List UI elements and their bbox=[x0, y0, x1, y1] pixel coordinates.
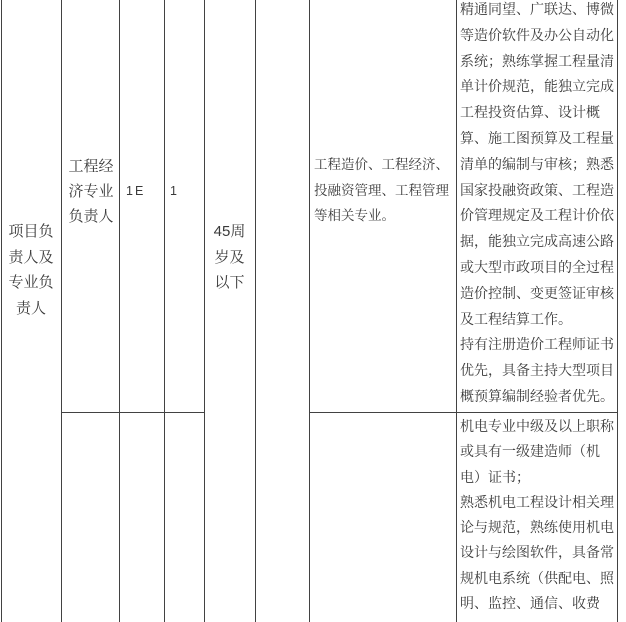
table-gridline-vertical bbox=[255, 0, 256, 622]
table-gridline-vertical bbox=[617, 0, 618, 622]
table-gridline-vertical bbox=[204, 0, 205, 622]
table-gridline-row-divider bbox=[309, 412, 618, 413]
category-cell: 项目负 责人及 专业负 责人 bbox=[4, 219, 58, 321]
table-gridline-vertical bbox=[1, 0, 2, 622]
requirements-cell-row1: 精通同望、广联达、博微等造价软件及办公自动化系统；熟练掌握工程量清单计价规范，能… bbox=[460, 0, 616, 410]
table-gridline-vertical bbox=[119, 0, 120, 622]
table-gridline-vertical bbox=[309, 0, 310, 622]
position-code-cell: 1E bbox=[126, 184, 145, 198]
requirements-paragraph: 机电专业中级及以上职称或具有一级建造师（机电）证书； bbox=[460, 414, 616, 490]
recruitment-table: 项目负 责人及 专业负 责人 工程经 济专业 负责人 1E 1 45周 岁及 以… bbox=[0, 0, 626, 622]
requirements-paragraph: 精通同望、广联达、博微等造价软件及办公自动化系统；熟练掌握工程量清单计价规范，能… bbox=[460, 0, 616, 332]
table-gridline-vertical bbox=[61, 0, 62, 622]
age-limit-cell: 45周 岁及 以下 bbox=[204, 219, 255, 296]
table-gridline-vertical bbox=[164, 0, 165, 622]
major-requirement-cell: 工程造价、工程经济、投融资管理、工程管理等相关专业。 bbox=[314, 152, 452, 229]
table-gridline-vertical bbox=[456, 0, 457, 622]
requirements-cell-row2: 机电专业中级及以上职称或具有一级建造师（机电）证书； 熟悉机电工程设计相关理论与… bbox=[460, 414, 616, 616]
headcount-cell: 1 bbox=[170, 184, 177, 198]
requirements-paragraph: 熟悉机电工程设计相关理论与规范，熟练使用机电设计与绘图软件，具备常规机电系统（供… bbox=[460, 490, 616, 616]
requirements-paragraph: 持有注册造价工程师证书优先，具备主持大型项目概预算编制经验者优先。 bbox=[460, 332, 616, 409]
position-title-cell: 工程经 济专业 负责人 bbox=[64, 154, 118, 229]
table-gridline-row-divider bbox=[61, 412, 205, 413]
